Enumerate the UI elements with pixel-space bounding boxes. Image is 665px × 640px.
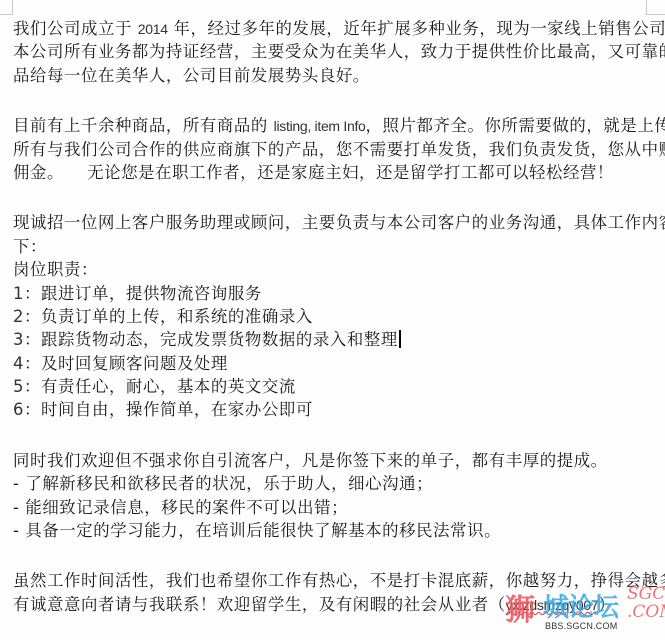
duty-text: ：有责任心，耐心，基本的英文交流 (24, 377, 296, 396)
duty-item: 2：负责订单的上传，和系统的准确录入 (13, 305, 658, 328)
document-body[interactable]: 我们公司成立于 2014 年，经过多年的发展，近年扩展多种业务，现为一家线上销售… (13, 17, 658, 616)
listing-text: listing, item Info (274, 118, 366, 134)
duty-item: 4：及时回复顾客问题及处理 (13, 352, 658, 375)
duty-item: 3：跟踪货物动态，完成发票货物数据的录入和整理 (13, 328, 658, 351)
text-cursor (399, 330, 401, 348)
duty-text: ：跟踪货物动态，完成发票货物数据的录入和整理 (24, 330, 398, 349)
paragraph-intro: 我们公司成立于 2014 年，经过多年的发展，近年扩展多种业务，现为一家线上销售… (13, 17, 658, 87)
duty-number: 6 (13, 400, 24, 419)
text-line: 本公司所有业务都为持证经营，主要受众为在美华人，致力于提供性价比最高，又可靠的产 (13, 40, 658, 63)
duty-item: 6：时间自由，操作简单，在家办公即可 (13, 398, 658, 421)
duty-text: ：时间自由，操作简单，在家办公即可 (24, 400, 313, 419)
text-span: ） (598, 595, 615, 614)
text-line: 我们公司成立于 2014 年，经过多年的发展，近年扩展多种业务，现为一家线上销售… (13, 17, 658, 40)
text-line: 佣金。 无论您是在职工作者，还是家庭主妇，还是留学打工都可以轻松经营！ (13, 161, 658, 184)
duty-number: 3 (13, 330, 24, 349)
requirement-bullet: - 能细致记录信息，移民的案件不可以出错； (13, 496, 658, 519)
text-line: 现诚招一位网上客户服务助理或顾问，主要负责与本公司客户的业务沟通，具体工作内容如 (13, 211, 658, 234)
paragraph-requirements: 同时我们欢迎但不强求你自引流客户，凡是你签下来的单子，都有丰厚的提成。 - 了解… (13, 449, 658, 543)
text-line: 目前有上千余种商品，所有商品的 listing, item Info，照片都齐全… (13, 114, 658, 137)
duty-number: 1 (13, 284, 24, 303)
text-line: 品给每一位在美华人，公司目前发展势头良好。 (13, 64, 658, 87)
duty-text: ：及时回复顾客问题及处理 (24, 354, 228, 373)
text-line: 所有与我们公司合作的供应商旗下的产品，您不需要打单发货，我们负责发货，您从中赚取 (13, 138, 658, 161)
text-span: 目前有上千余种商品，所有商品的 (13, 116, 274, 135)
requirement-bullet: - 具备一定的学习能力，在培训后能很快了解基本的移民法常识。 (13, 519, 658, 542)
crop-mark-top-left (0, 0, 13, 15)
duties-heading: 岗位职责： (13, 258, 658, 281)
blank-line (13, 184, 658, 211)
year-text: 2014 (138, 21, 168, 37)
contact-id: vx:zdsmzqy007 (506, 597, 599, 613)
document-page: 我们公司成立于 2014 年，经过多年的发展，近年扩展多种业务，现为一家线上销售… (0, 0, 665, 640)
watermark-url: BBS.SGCN.COM (545, 621, 617, 631)
duty-number: 4 (13, 354, 24, 373)
text-span: ，照片都齐全。你所需要做的，就是上传 (366, 116, 665, 135)
text-span: 年，经过多年的发展，近年扩展多种业务，现为一家线上销售公司。 (168, 19, 665, 38)
text-span: 有诚意意向者请与我联系！欢迎留学生，及有闲暇的社会从业者（ (13, 595, 506, 614)
blank-line (13, 542, 658, 569)
text-span: 我们公司成立于 (13, 19, 138, 38)
duty-item: 1：跟进订单，提供物流咨询服务 (13, 282, 658, 305)
contact-line: 有诚意意向者请与我联系！欢迎留学生，及有闲暇的社会从业者（vx:zdsmzqy0… (13, 593, 658, 616)
duty-text: ：负责订单的上传，和系统的准确录入 (24, 307, 313, 326)
text-line: 同时我们欢迎但不强求你自引流客户，凡是你签下来的单子，都有丰厚的提成。 (13, 449, 658, 472)
duty-text: ：跟进订单，提供物流咨询服务 (24, 284, 262, 303)
paragraph-products: 目前有上千余种商品，所有商品的 listing, item Info，照片都齐全… (13, 114, 658, 184)
blank-line (13, 422, 658, 449)
text-line: 虽然工作时间活性，我们也希望你工作有热心，不是打卡混底薪，你越努力，挣得会越多！ (13, 569, 658, 592)
text-line: 下： (13, 235, 658, 258)
crop-mark-top-right (646, 0, 665, 15)
duty-number: 5 (13, 377, 24, 396)
duty-number: 2 (13, 307, 24, 326)
blank-line (13, 87, 658, 114)
paragraph-closing: 虽然工作时间活性，我们也希望你工作有热心，不是打卡混底薪，你越努力，挣得会越多！… (13, 569, 658, 616)
duty-item: 5：有责任心，耐心，基本的英文交流 (13, 375, 658, 398)
paragraph-recruit: 现诚招一位网上客户服务助理或顾问，主要负责与本公司客户的业务沟通，具体工作内容如… (13, 211, 658, 281)
duties-list: 1：跟进订单，提供物流咨询服务 2：负责订单的上传，和系统的准确录入 3：跟踪货… (13, 282, 658, 422)
requirement-bullet: - 了解新移民和欲移民者的状况，乐于助人，细心沟通； (13, 472, 658, 495)
